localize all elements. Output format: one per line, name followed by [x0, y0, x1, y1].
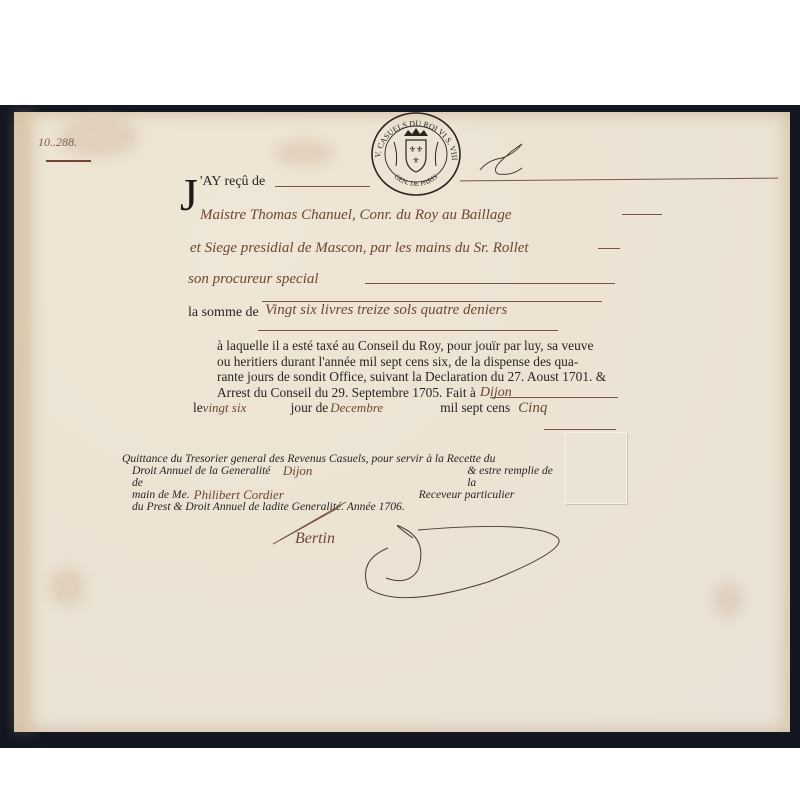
sum-handwritten: Vingt six livres treize sols quatre deni… — [265, 302, 507, 319]
year-label: mil sept cens — [440, 400, 510, 416]
paper-edge-shadow — [14, 112, 34, 732]
reference-number: 10..288. — [38, 135, 77, 150]
printed-body-line: à laquelle il a esté taxé au Conseil du … — [217, 338, 619, 354]
handwritten-payer-line-1: Maistre Thomas Chanuel, Conr. du Roy au … — [200, 207, 512, 224]
embossed-stamp — [565, 432, 627, 504]
fill-line — [622, 214, 662, 215]
reference-underline — [46, 160, 91, 162]
printed-body-place-line: Arrest du Conseil du 29. Septembre 1705.… — [217, 385, 619, 401]
footer-line-2-suffix: & estre remplie de la — [467, 465, 562, 489]
printed-body-line: rante jours de sondit Office, suivant la… — [217, 369, 619, 385]
paper-stain — [714, 582, 742, 618]
handwritten-payer-line-3: son procureur special — [188, 271, 319, 288]
paraph-flourish — [478, 140, 528, 184]
svg-text:GEN. DE PARIS: GEN. DE PARIS — [393, 173, 440, 188]
document-paper — [14, 112, 790, 732]
printed-body-line: Arrest du Conseil du 29. Septembre 1705.… — [217, 385, 476, 401]
jour-label: jour de — [291, 400, 329, 416]
signature-flourish — [268, 500, 568, 614]
fill-line — [544, 429, 616, 430]
fill-line — [365, 283, 615, 284]
fill-line — [598, 248, 620, 249]
svg-text:⚜: ⚜ — [412, 156, 419, 165]
svg-text:⚜⚜: ⚜⚜ — [409, 145, 423, 154]
place-handwritten: Dijon — [480, 385, 512, 401]
printed-body: à laquelle il a esté taxé au Conseil du … — [217, 338, 619, 400]
year-handwritten: Cinq — [510, 400, 547, 417]
footer-line-2: Droit Annuel de la Generalité de Dijon &… — [122, 465, 562, 489]
fill-line — [258, 330, 558, 331]
day-handwritten: vingt six — [203, 400, 291, 416]
date-line: le vingt six jour de Decembre mil sept c… — [193, 400, 547, 417]
dropcap-letter: J — [180, 172, 198, 218]
fill-line — [275, 186, 370, 187]
receipt-opening: 'AY reçû de — [200, 174, 265, 190]
generalite-handwritten: Dijon — [280, 465, 467, 489]
sum-label: la somme de — [188, 305, 259, 321]
printed-body-line: ou heritiers durant l'année mil sept cen… — [217, 354, 619, 370]
footer-line-2-prefix: Droit Annuel de la Generalité de — [132, 465, 280, 489]
date-prefix: le — [193, 400, 203, 416]
paper-stain — [274, 140, 334, 166]
fleur-de-lis-crowned-shield-icon: REV. CASUELS DU ROI VI S. VIII D GEN. DE… — [368, 110, 464, 198]
fill-line — [490, 397, 618, 398]
month-handwritten: Decembre — [328, 400, 440, 416]
royal-seal: REV. CASUELS DU ROI VI S. VIII D GEN. DE… — [368, 110, 464, 198]
handwritten-payer-line-2: et Siege presidial de Mascon, par les ma… — [190, 240, 529, 257]
paper-stain — [49, 567, 85, 607]
